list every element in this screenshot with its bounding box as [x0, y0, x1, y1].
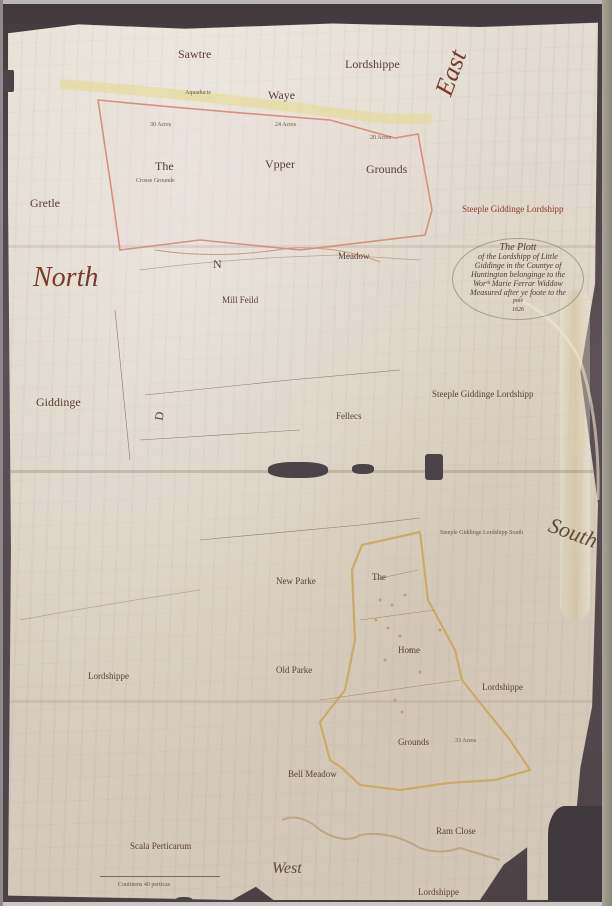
cartouche-line: Huntington belonginge to the — [471, 270, 565, 279]
label-lordshippe-right: Lordshippe — [482, 683, 523, 692]
acre-note: 30 Acres — [150, 122, 171, 128]
label-bell-meadow: Bell Meadow — [288, 770, 337, 779]
label-gretle: Gretle — [30, 197, 60, 209]
label-home: Home — [398, 646, 420, 655]
scale-bar — [100, 876, 220, 877]
title-cartouche: The Plott of the Lordshipp of Little Gid… — [452, 238, 584, 320]
compass-north-label: North — [33, 262, 98, 294]
acre-note: 24 Acres — [275, 122, 296, 128]
cartouche-line: Giddinge in the Countye of — [475, 261, 562, 270]
label-lordshippe-top: Lordshippe — [345, 58, 400, 70]
label-lordshippe-bottom: Lordshippe — [418, 888, 459, 897]
cartouche-line: The Plott — [500, 243, 537, 252]
label-grounds-upper: Grounds — [366, 163, 407, 175]
cartouche-date: 1626 — [512, 306, 524, 315]
cartouche-line: Worᵗʰ Marie Ferrar Widdow — [473, 279, 563, 288]
compass-west-label: West — [272, 860, 302, 878]
label-way: Wayе — [268, 89, 295, 101]
label-ram-close: Ram Close — [436, 827, 476, 836]
acre-note: 20 Acres — [370, 135, 391, 141]
cartouche-line: pole — [513, 297, 523, 306]
label-steeple-gidding-upper: Steeple Giddinge Lordshipp — [462, 205, 563, 214]
acre-note: 33 Acres — [455, 738, 476, 744]
label-giddinge-left: Giddinge — [36, 396, 81, 408]
label-the-upper: The — [155, 160, 174, 172]
cartouche-line: Measured after ye foote to the — [470, 288, 566, 297]
label-d-field: D — [153, 411, 166, 422]
label-sawtre: Sawtre — [178, 48, 211, 60]
label-south-boundary: Steeple Giddinge Lordshipp South — [440, 530, 523, 536]
scale-note: Continens 40 perticas — [118, 882, 170, 888]
label-meadow: Meadow — [338, 252, 370, 261]
label-cross-ground: Crosse Grounde — [136, 178, 175, 184]
label-mill-field: Mill Feild — [222, 296, 258, 305]
label-aquaducte: Aquaducte — [185, 90, 211, 96]
cartouche-line: of the Lordshipp of Little — [478, 252, 558, 261]
frame-edge — [0, 0, 3, 906]
scale-label: Scala Perticarum — [130, 842, 191, 851]
label-the-home: The — [372, 573, 386, 582]
label-fellecs: Fellecs — [336, 412, 362, 421]
label-lordshippe-left: Lordshippe — [88, 672, 129, 681]
label-steeple-gidding-mid: Steeple Giddinge Lordshipp — [432, 390, 533, 399]
label-upper: Vpper — [265, 158, 295, 170]
label-n: N — [213, 258, 222, 270]
frame-edge — [0, 0, 612, 4]
frame-edge — [0, 902, 612, 906]
label-new-parke: New Parke — [276, 577, 316, 586]
label-home-grounds: Grounds — [398, 738, 429, 747]
frame-edge — [602, 0, 612, 906]
label-old-parke: Old Parke — [276, 666, 312, 675]
